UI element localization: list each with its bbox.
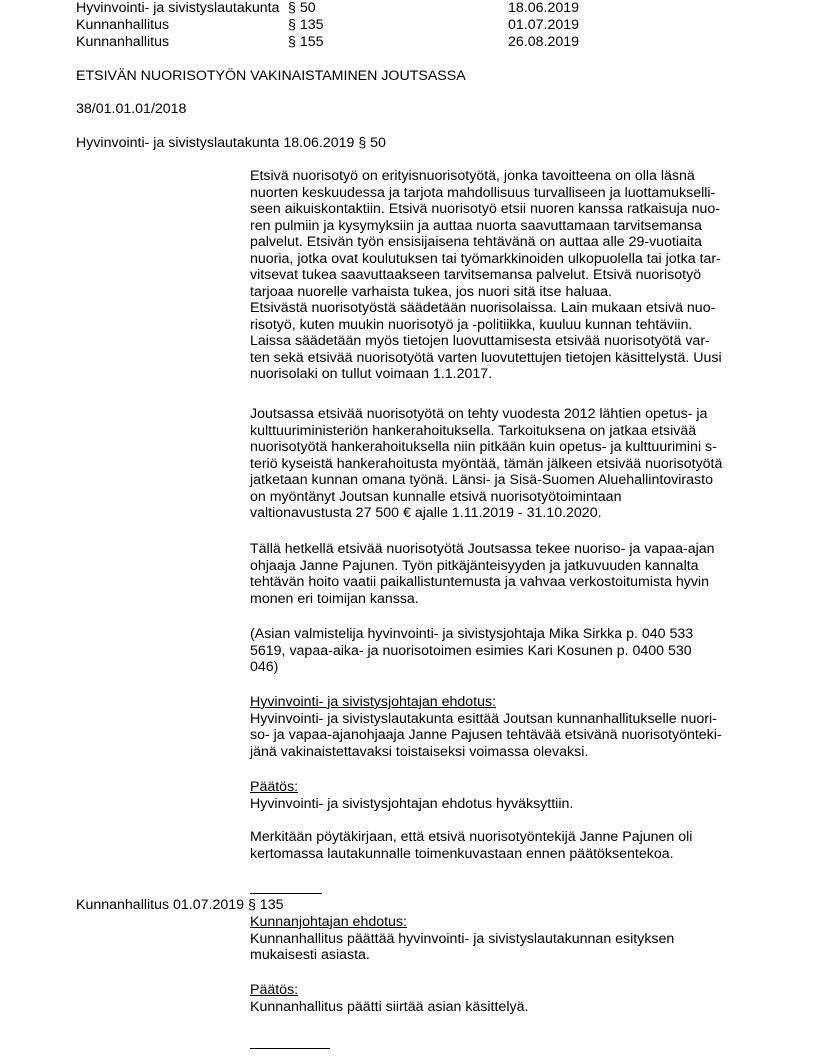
proposal-label: Kunnanjohtajan ehdotus: [250, 914, 745, 931]
text-line: tehtävän hoito vaatii paikallistuntemust… [250, 574, 745, 591]
text-line: risotyö, kuten muukin nuorisotyö ja -pol… [250, 317, 745, 334]
text-line: 046) [250, 659, 745, 676]
meeting2-heading: Kunnanhallitus 01.07.2019 § 135 [76, 897, 283, 913]
meeting1-decision: Päätös: Hyvinvointi- ja sivistysjohtajan… [250, 779, 745, 812]
proposal-text: Kunnanhallitus päättää hyvinvointi- ja s… [250, 931, 745, 964]
meeting1-para1: Etsivä nuorisotyö on erityisnuorisotyötä… [250, 168, 745, 383]
text-line: jänä vakinaistettavaksi toistaiseksi voi… [250, 744, 745, 761]
text-line: Joutsassa etsivää nuorisotyötä on tehty … [250, 406, 745, 423]
document-title: ETSIVÄN NUORISOTYÖN VAKINAISTAMINEN JOUT… [76, 68, 466, 84]
meeting1-para2: Joutsassa etsivää nuorisotyötä on tehty … [250, 406, 745, 522]
text-line: Tällä hetkellä etsivää nuorisotyötä Jout… [250, 541, 745, 558]
header-date: 01.07.2019 [508, 17, 579, 33]
decision-label: Päätös: [250, 982, 745, 999]
meeting2-proposal: Kunnanjohtajan ehdotus: Kunnanhallitus p… [250, 914, 745, 964]
text-line: ren pulmiin ja kysymyksiin ja auttaa nuo… [250, 218, 745, 235]
header-section: § 155 [288, 34, 324, 50]
header-row: Kunnanhallitus § 135 01.07.2019 [76, 17, 636, 35]
text-line: nuoria, jotka ovat koulutuksen tai työma… [250, 251, 745, 268]
text-line: kulttuuriministeriön hankerahoituksella.… [250, 423, 745, 440]
text-line: Etsivä nuorisotyö on erityisnuorisotyötä… [250, 168, 745, 185]
meeting1-heading: Hyvinvointi- ja sivistyslautakunta 18.06… [76, 135, 386, 151]
header-date: 18.06.2019 [508, 0, 579, 16]
preparer-info: (Asian valmistelija hyvinvointi- ja sivi… [250, 626, 745, 676]
text-line: Hyvinvointi- ja sivistyslautakunta esitt… [250, 711, 745, 728]
text-line: Etsivästä nuorisotyöstä säädetään nuoris… [250, 300, 745, 317]
text-line: kertomassa lautakunnalle toimenkuvastaan… [250, 846, 745, 863]
meeting1-proposal: Hyvinvointi- ja sivistysjohtajan ehdotus… [250, 694, 745, 760]
text-line: nuorten keskuudessa ja tarjota mahdollis… [250, 185, 745, 202]
decision-text: Kunnanhallitus päätti siirtää asian käsi… [250, 999, 745, 1016]
text-line: jatketaan kunnan omana työnä. Länsi- ja … [250, 472, 745, 489]
text-line: seen aikuiskontaktiin. Etsivä nuorisotyö… [250, 201, 745, 218]
text-line: vitsevat tukea saavuttaakseen tarvitsema… [250, 267, 745, 284]
text-line: teriö kyseistä hankerahoitusta myöntää, … [250, 456, 745, 473]
text-line: ten sekä etsivää nuorisotyötä varten luo… [250, 350, 745, 367]
text-line: valtionavustusta 27 500 € ajalle 1.11.20… [250, 505, 745, 522]
case-number: 38/01.01.01/2018 [76, 101, 186, 117]
text-line: so- ja vapaa-ajanohjaaja Janne Pajusen t… [250, 727, 745, 744]
text-line: Kunnanhallitus päätti siirtää asian käsi… [250, 999, 745, 1016]
text-line: nuorisotyötä hankerahoituksella niin pit… [250, 439, 745, 456]
text-line: monen eri toimijan kanssa. [250, 591, 745, 608]
text-line: palvelut. Etsivän työn ensisijaisena teh… [250, 234, 745, 251]
decision-label: Päätös: [250, 779, 745, 796]
header-body: Kunnanhallitus [76, 34, 169, 50]
header-date: 26.08.2019 [508, 34, 579, 50]
text-line: Laissa säädetään myös tietojen luovuttam… [250, 333, 745, 350]
text-line: tarjoaa nuorelle varhaista tukea, jos nu… [250, 284, 745, 301]
text-line: (Asian valmistelija hyvinvointi- ja sivi… [250, 626, 745, 643]
text-line: Hyvinvointi- ja sivistysjohtajan ehdotus… [250, 796, 745, 813]
text-line: ohjaaja Janne Pajunen. Työn pitkäjänteis… [250, 558, 745, 575]
header-row: Hyvinvointi- ja sivistyslautakunta § 50 … [76, 0, 636, 18]
text-line: Kunnanhallitus päättää hyvinvointi- ja s… [250, 931, 745, 948]
meeting2-decision: Päätös: Kunnanhallitus päätti siirtää as… [250, 982, 745, 1015]
header-body: Kunnanhallitus [76, 17, 169, 33]
header-row: Kunnanhallitus § 155 26.08.2019 [76, 34, 636, 52]
text-line: 5619, vapaa-aika- ja nuorisotoimen esimi… [250, 643, 745, 660]
separator-rule [250, 893, 322, 894]
header-section: § 50 [288, 0, 316, 16]
decision-text: Hyvinvointi- ja sivistysjohtajan ehdotus… [250, 796, 745, 813]
text-line: Merkitään pöytäkirjaan, että etsivä nuor… [250, 829, 745, 846]
meeting1-note: Merkitään pöytäkirjaan, että etsivä nuor… [250, 829, 745, 862]
header-section: § 135 [288, 17, 324, 33]
meeting1-para3: Tällä hetkellä etsivää nuorisotyötä Jout… [250, 541, 745, 607]
proposal-text: Hyvinvointi- ja sivistyslautakunta esitt… [250, 711, 745, 761]
text-line: on myöntänyt Joutsan kunnalle etsivä nuo… [250, 489, 745, 506]
text-line: nuorisolaki on tullut voimaan 1.1.2017. [250, 366, 745, 383]
separator-rule [250, 1048, 330, 1049]
text-line: mukaisesti asiasta. [250, 947, 745, 964]
proposal-label: Hyvinvointi- ja sivistysjohtajan ehdotus… [250, 694, 745, 711]
header-body: Hyvinvointi- ja sivistyslautakunta [76, 0, 279, 16]
